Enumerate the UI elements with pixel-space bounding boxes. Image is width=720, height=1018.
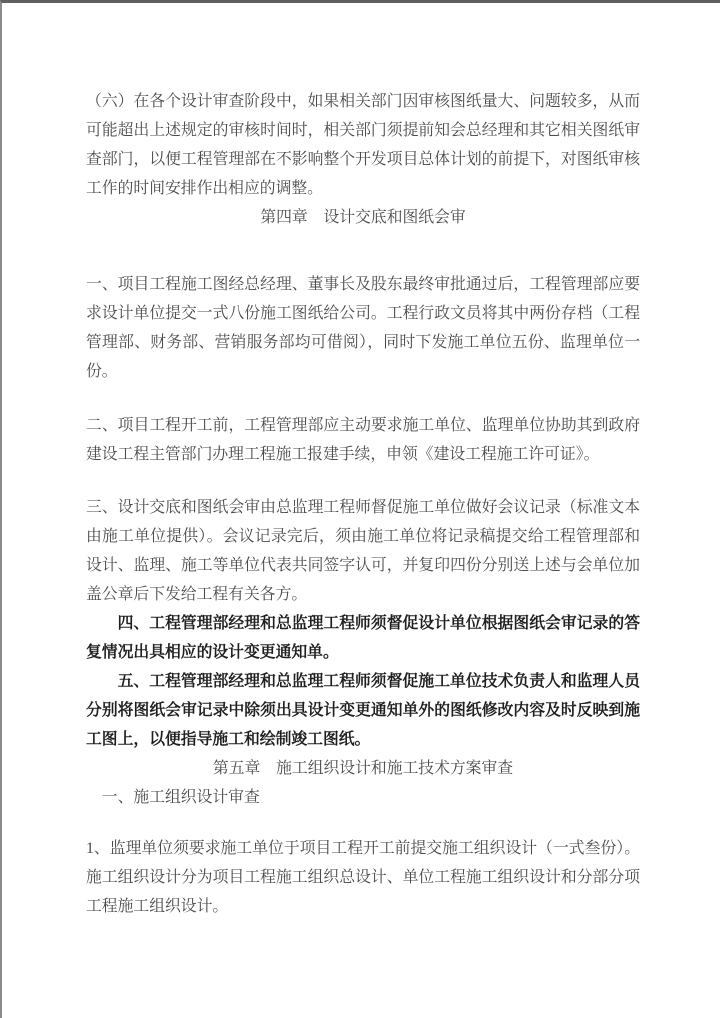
chapter-5-heading: 第五章 施工组织设计和施工技术方案审查 [86, 754, 640, 783]
paragraph-5-drawing-revision: 五、工程管理部经理和总监理工程师须督促施工单位技术负责人和监理人员分别将图纸会审… [86, 667, 640, 754]
paragraph-org-design-submission: 1、监理单位须要求施工单位于项目工程开工前提交施工组织设计（一式叁份）。施工组织… [86, 834, 640, 921]
paragraph-item-6-design-review-stages: （六）在各个设计审查阶段中，如果相关部门因审核图纸量大、问题较多，从而可能超出上… [86, 87, 640, 203]
paragraph-3-meeting-minutes: 三、设计交底和图纸会审由总监理工程师督促施工单位做好会议记录（标准文本由施工单位… [86, 493, 640, 609]
chapter-4-heading: 第四章 设计交底和图纸会审 [86, 203, 640, 232]
paragraph-1-drawing-submission: 一、项目工程施工图经总经理、董事长及股东最终审批通过后，工程管理部应要求设计单位… [86, 270, 640, 386]
document-page: （六）在各个设计审查阶段中，如果相关部门因审核图纸量大、问题较多，从而可能超出上… [0, 0, 720, 1018]
paragraph-2-construction-permit: 二、项目工程开工前，工程管理部应主动要求施工单位、监理单位协助其到政府建设工程主… [86, 411, 640, 469]
section-1-subheading: 一、施工组织设计审查 [86, 783, 640, 812]
paragraph-4-design-change-notice: 四、工程管理部经理和总监理工程师须督促设计单位根据图纸会审记录的答复情况出具相应… [86, 609, 640, 667]
